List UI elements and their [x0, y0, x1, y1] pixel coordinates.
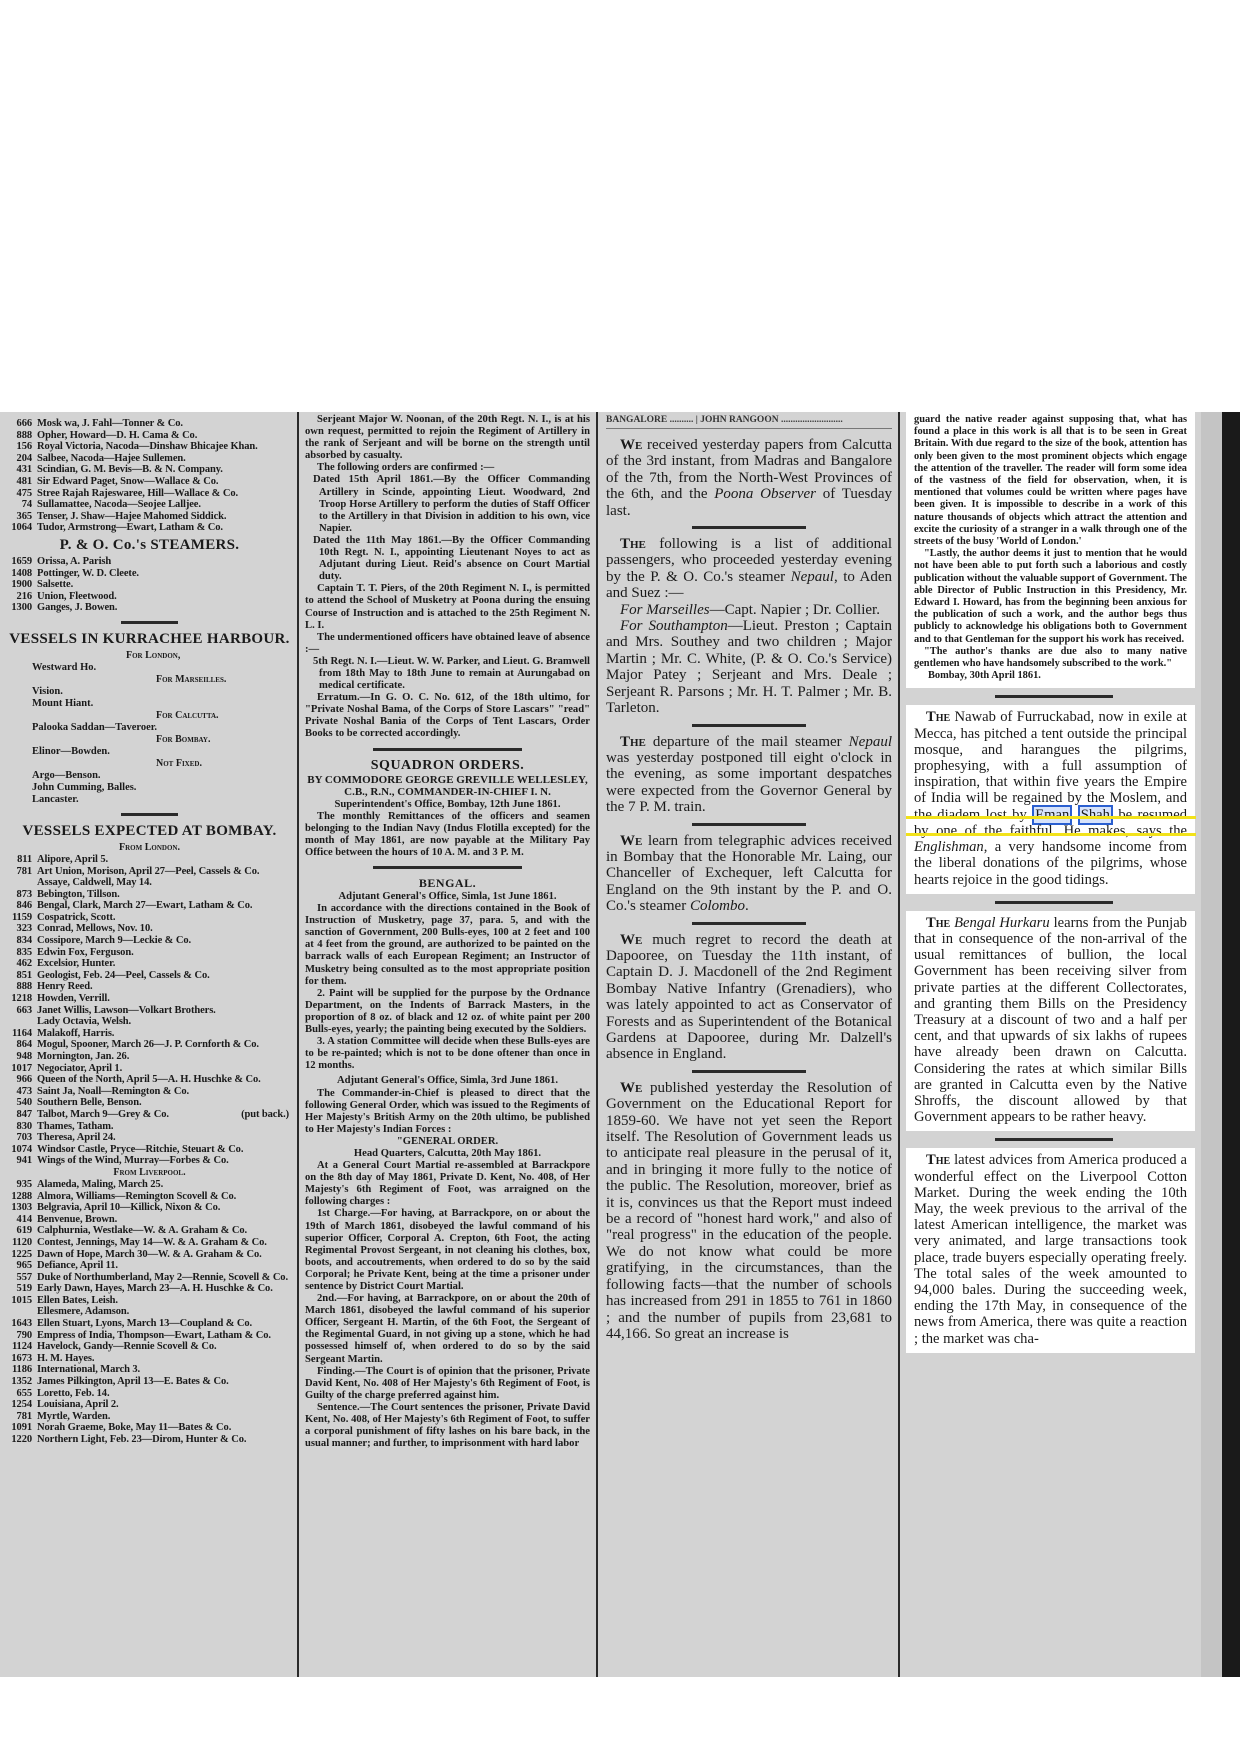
ship-entry: 1091Norah Graeme, Boke, May 11—Bates & C… [6, 1422, 293, 1434]
ship-number: 1124 [6, 1341, 32, 1353]
ship-number: 1673 [6, 1353, 32, 1365]
ship-number: 847 [6, 1109, 32, 1121]
divider [692, 1070, 806, 1073]
ship-name: Bebington, Tillson. [37, 889, 293, 901]
ship-name: Geologist, Feb. 24—Peel, Cassels & Co. [37, 970, 293, 982]
column-news: BANGALORE .......... | JOHN RANGOON ....… [596, 412, 896, 1677]
ship-number: 1254 [6, 1399, 32, 1411]
ship-number: 1300 [6, 602, 32, 614]
divider [995, 901, 1113, 904]
passengers-southampton: For Southampton—Lieut. Preston ; Captain… [606, 618, 892, 716]
general-order-title: "GENERAL ORDER. [305, 1136, 590, 1148]
order-paragraph: Captain T. T. Piers, of the 20th Regimen… [305, 583, 590, 631]
bengal-office-2: Adjutant General's Office, Simla, 3rd Ju… [305, 1075, 590, 1087]
ship-entry: 1300Ganges, J. Bowen. [6, 602, 293, 614]
ship-number: 781 [6, 866, 32, 878]
column-clippings: guard the native reader against supposin… [898, 412, 1201, 1677]
ship-number: 846 [6, 900, 32, 912]
ship-name: Ganges, J. Bowen. [37, 602, 293, 614]
ship-entry: 323Conrad, Mellows, Nov. 10. [6, 923, 293, 935]
ship-number: 1643 [6, 1318, 32, 1330]
ship-name: Alipore, April 5. [37, 854, 293, 866]
heading-po-steamers: P. & O. Co.'s STEAMERS. [6, 537, 293, 554]
ship-name: Southern Belle, Benson. [37, 1097, 293, 1109]
news-paragraph-telegraphic: We learn from telegraphic advices receiv… [606, 833, 892, 915]
ship-number: 1659 [6, 556, 32, 568]
destination-label: Not Fixed. [6, 758, 293, 770]
ship-name: Mornington, Jan. 26. [37, 1051, 293, 1063]
ship-entry: 481Sir Edward Paget, Snow—Wallace & Co. [6, 476, 293, 488]
ship-name: Louisiana, April 2. [37, 1399, 293, 1411]
ship-entry: 830Thames, Tatham. [6, 1121, 293, 1133]
ship-number: 365 [6, 511, 32, 523]
page-margin-top [0, 0, 1240, 412]
ship-name: Mogul, Spooner, March 26—J. P. Cornforth… [37, 1039, 293, 1051]
divider [373, 866, 521, 869]
ship-list-po: 1659Orissa, A. Parish1408Pottinger, W. D… [6, 556, 293, 614]
ship-entry: 1643Ellen Stuart, Lyons, March 13—Coupla… [6, 1318, 293, 1330]
order-paragraph: Serjeant Major W. Noonan, of the 20th Re… [305, 414, 590, 462]
ship-number: 1218 [6, 993, 32, 1005]
ship-name: Dawn of Hope, March 30—W. & A. Graham & … [37, 1249, 293, 1261]
review-paragraph: "The author's thanks are due also to man… [914, 646, 1187, 670]
ship-entry: 1673H. M. Hayes. [6, 1353, 293, 1365]
ship-entry: 1074Windsor Castle, Pryce—Ritchie, Steua… [6, 1144, 293, 1156]
ship-entry: Ellesmere, Adamson. [6, 1306, 293, 1318]
ship-number: 540 [6, 1097, 32, 1109]
clipping-nawab: The Nawab of Furruckabad, now in exile a… [906, 705, 1195, 893]
divider [995, 1138, 1113, 1141]
ship-name: Negociator, April 1. [37, 1063, 293, 1075]
ship-entry: 965Defiance, April 11. [6, 1260, 293, 1272]
passengers-marseilles: For Marseilles—Capt. Napier ; Dr. Collie… [606, 602, 892, 618]
column-orders: Serjeant Major W. Noonan, of the 20th Re… [297, 412, 594, 1677]
ship-entry: 1017Negociator, April 1. [6, 1063, 293, 1075]
ship-name: Myrtle, Warden. [37, 1411, 293, 1423]
general-order-paragraph: 2nd.—For having, at Barrackpore, on or a… [305, 1293, 590, 1366]
ship-number: 1164 [6, 1028, 32, 1040]
ship-entry: 873Bebington, Tillson. [6, 889, 293, 901]
squadron-office: Superintendent's Office, Bombay, 12th Ju… [305, 799, 590, 811]
ship-name: Queen of the North, April 5—A. H. Huschk… [37, 1074, 293, 1086]
ship-number: 655 [6, 1388, 32, 1400]
page-edge [1201, 412, 1222, 1677]
ship-entry: 1900Salsette. [6, 579, 293, 591]
ship-name: Royal Victoria, Nacoda—Dinshaw Bhicajee … [37, 441, 293, 453]
general-order-paragraph: 1st Charge.—For having, at Barrackpore, … [305, 1208, 590, 1293]
ship-entry: 1186International, March 3. [6, 1364, 293, 1376]
destination-label: For Marseilles. [6, 674, 293, 686]
ship-name: Loretto, Feb. 14. [37, 1388, 293, 1400]
order-paragraph: The following orders are confirmed :— [305, 462, 590, 474]
ship-entry: 811Alipore, April 5. [6, 854, 293, 866]
ship-name: Ellen Stuart, Lyons, March 13—Coupland &… [37, 1318, 293, 1330]
ship-name: Henry Reed. [37, 981, 293, 993]
ship-number: 790 [6, 1330, 32, 1342]
ship-number: 462 [6, 958, 32, 970]
ship-number: 703 [6, 1132, 32, 1144]
review-paragraph: guard the native reader against supposin… [914, 414, 1187, 548]
ship-number: 851 [6, 970, 32, 982]
ship-name: Assaye, Caldwell, May 14. [37, 877, 293, 889]
ship-name: Salbee, Nacoda—Hajee Sullemen. [37, 453, 293, 465]
ship-entry: 864Mogul, Spooner, March 26—J. P. Cornfo… [6, 1039, 293, 1051]
ship-entry: 557Duke of Northumberland, May 2—Rennie,… [6, 1272, 293, 1284]
ship-name: Sullamattee, Nacoda—Seojee Lalljee. [37, 499, 293, 511]
ship-name: Howden, Verrill. [37, 993, 293, 1005]
destination-label: For London, [6, 650, 293, 662]
ship-entry: 1064Tudor, Armstrong—Ewart, Latham & Co. [6, 522, 293, 534]
ship-name: Art Union, Morison, April 27—Peel, Casse… [37, 866, 293, 878]
ship-number: 888 [6, 430, 32, 442]
ship-name: Early Dawn, Hayes, March 23—A. H. Huschk… [37, 1283, 293, 1295]
ship-name: Union, Fleetwood. [37, 591, 293, 603]
ship-name: Bengal, Clark, March 27—Ewart, Latham & … [37, 900, 293, 912]
ship-name: Havelock, Gandy—Rennie Scovell & Co. [37, 1341, 293, 1353]
column-shipping: 666Mosk wa, J. Fahl—Tonner & Co.888Opher… [4, 412, 295, 1677]
vessel-name: Palooka Saddan—Taveroer. [6, 722, 293, 734]
ship-name: Pottinger, W. D. Cleete. [37, 568, 293, 580]
kurrachee-list: For London,Westward Ho.For Marseilles.Vi… [6, 650, 293, 806]
ship-number: 1220 [6, 1434, 32, 1446]
vessel-name: Lancaster. [6, 794, 293, 806]
ship-name: Wings of the Wind, Murray—Forbes & Co. [37, 1155, 293, 1167]
ship-entry: 1164Malakoff, Harris. [6, 1028, 293, 1040]
ship-name: Opher, Howard—D. H. Cama & Co. [37, 430, 293, 442]
ship-entry: 462Excelsior, Hunter. [6, 958, 293, 970]
divider [692, 526, 806, 529]
review-paragraph: "Lastly, the author deems it just to men… [914, 548, 1187, 646]
ship-name: Contest, Jennings, May 14—W. & A. Graham… [37, 1237, 293, 1249]
divider [692, 922, 806, 925]
ship-name: Cospatrick, Scott. [37, 912, 293, 924]
ship-number: 1303 [6, 1202, 32, 1214]
ship-number: 519 [6, 1283, 32, 1295]
ship-number: 830 [6, 1121, 32, 1133]
ship-name: Cossipore, March 9—Leckie & Co. [37, 935, 293, 947]
ship-number: 1186 [6, 1364, 32, 1376]
ship-name: Benvenue, Brown. [37, 1214, 293, 1226]
ship-entry: 781Myrtle, Warden. [6, 1411, 293, 1423]
subheading-from-london: From London. [6, 842, 293, 854]
squadron-subtitle-1: BY COMMODORE GEORGE GREVILLE WELLESLEY, [305, 774, 590, 787]
vessel-name: John Cumming, Balles. [6, 782, 293, 794]
heading-bengal: BENGAL. [305, 876, 590, 891]
clipping-book-review: guard the native reader against supposin… [906, 412, 1195, 688]
ship-number: 431 [6, 464, 32, 476]
ship-number: 1408 [6, 568, 32, 580]
news-paragraph-departure: The departure of the mail steamer Nepaul… [606, 734, 892, 816]
ship-number: 941 [6, 1155, 32, 1167]
ship-list-top: 666Mosk wa, J. Fahl—Tonner & Co.888Opher… [6, 418, 293, 534]
destination-label: For Calcutta. [6, 710, 293, 722]
ship-list-london: 811Alipore, April 5.781Art Union, Moriso… [6, 854, 293, 1167]
ship-entry: 888Henry Reed. [6, 981, 293, 993]
heading-squadron-orders: SQUADRON ORDERS. [305, 758, 590, 774]
ship-entry: 1352James Pilkington, April 13—E. Bates … [6, 1376, 293, 1388]
ship-number: 1120 [6, 1237, 32, 1249]
order-paragraph: Dated 15th April 1861.—By the Officer Co… [305, 474, 590, 534]
ship-number: 873 [6, 889, 32, 901]
ship-entry: 74Sullamattee, Nacoda—Seojee Lalljee. [6, 499, 293, 511]
ship-number: 473 [6, 1086, 32, 1098]
bengal-paragraph: In accordance with the directions contai… [305, 903, 590, 988]
ship-entry: 781Art Union, Morison, April 27—Peel, Ca… [6, 866, 293, 878]
ship-number: 414 [6, 1214, 32, 1226]
ship-number: 1017 [6, 1063, 32, 1075]
bengal-paragraph: The Commander-in-Chief is pleased to dir… [305, 1088, 590, 1136]
divider [121, 813, 178, 816]
ship-entry: 1218Howden, Verrill. [6, 993, 293, 1005]
erratum-paragraph: Erratum.—In G. O. C. No. 612, of the 18t… [305, 692, 590, 740]
ship-number: 216 [6, 591, 32, 603]
ship-number: 666 [6, 418, 32, 430]
ship-name: Calphurnia, Westlake—W. & A. Graham & Co… [37, 1225, 293, 1237]
ship-entry: 473Saint Ja, Noall—Remington & Co. [6, 1086, 293, 1098]
general-order-paragraph: At a General Court Martial re-assembled … [305, 1160, 590, 1208]
ship-entry: 1225Dawn of Hope, March 30—W. & A. Graha… [6, 1249, 293, 1261]
clipping-cotton: The latest advices from America produced… [906, 1148, 1195, 1352]
review-dateline: Bombay, 30th April 1861. [914, 670, 1187, 682]
ship-name: Mosk wa, J. Fahl—Tonner & Co. [37, 418, 293, 430]
ship-entry: 666Mosk wa, J. Fahl—Tonner & Co. [6, 418, 293, 430]
ship-name: Empress of India, Thompson—Ewart, Latham… [37, 1330, 293, 1342]
highlight-underline [906, 816, 1196, 819]
subheading-from-liverpool: From Liverpool. [6, 1167, 293, 1179]
ship-number: 475 [6, 488, 32, 500]
ship-name: Theresa, April 24. [37, 1132, 293, 1144]
ship-number: 323 [6, 923, 32, 935]
ship-list-liverpool: 935Alameda, Maling, March 25.1288Almora,… [6, 1179, 293, 1446]
ship-number: 1352 [6, 1376, 32, 1388]
ship-number: 1159 [6, 912, 32, 924]
ship-name: Northern Light, Feb. 23—Dirom, Hunter & … [37, 1434, 293, 1446]
ship-number: 935 [6, 1179, 32, 1191]
general-order-paragraph: Sentence.—The Court sentences the prison… [305, 1402, 590, 1450]
ship-name: James Pilkington, April 13—E. Bates & Co… [37, 1376, 293, 1388]
ship-name: Edwin Fox, Ferguson. [37, 947, 293, 959]
ship-number: 156 [6, 441, 32, 453]
heading-expected-bombay: VESSELS EXPECTED AT BOMBAY. [6, 823, 293, 840]
ship-note: (put back.) [241, 1109, 289, 1121]
ship-name: Belgravia, April 10—Killick, Nixon & Co. [37, 1202, 293, 1214]
ship-entry: 540Southern Belle, Benson. [6, 1097, 293, 1109]
vessel-name: Mount Hiant. [6, 698, 293, 710]
ship-number: 1074 [6, 1144, 32, 1156]
ship-number: 1288 [6, 1191, 32, 1203]
ship-number: 481 [6, 476, 32, 488]
destination-label: For Bombay. [6, 734, 293, 746]
vessel-name: Vision. [6, 686, 293, 698]
ship-name: Tenser, J. Shaw—Hajee Mahomed Siddick. [37, 511, 293, 523]
heading-kurrachee: VESSELS IN KURRACHEE HARBOUR. [6, 631, 293, 648]
news-paragraph-papers: We received yesterday papers from Calcut… [606, 437, 892, 519]
ship-name: Defiance, April 11. [37, 1260, 293, 1272]
ship-name: Duke of Northumberland, May 2—Rennie, Sc… [37, 1272, 293, 1284]
ship-name: Scindian, G. M. Bevis—B. & N. Company. [37, 464, 293, 476]
general-order-hq: Head Quarters, Calcutta, 20th May 1861. [305, 1148, 590, 1160]
ship-number: 781 [6, 1411, 32, 1423]
ship-name: Almora, Williams—Remington Scovell & Co. [37, 1191, 293, 1203]
divider [995, 695, 1113, 698]
ship-name: Norah Graeme, Boke, May 11—Bates & Co. [37, 1422, 293, 1434]
ship-number: 204 [6, 453, 32, 465]
ship-name: Salsette. [37, 579, 293, 591]
ship-number: 948 [6, 1051, 32, 1063]
scrollbar-dark-edge [1222, 412, 1240, 1677]
ship-entry: 1254Louisiana, April 2. [6, 1399, 293, 1411]
ship-name: Tudor, Armstrong—Ewart, Latham & Co. [37, 522, 293, 534]
ship-entry: 1124Havelock, Gandy—Rennie Scovell & Co. [6, 1341, 293, 1353]
squadron-subtitle-2: C.B., R.N., COMMANDER-IN-CHIEF I. N. [305, 786, 590, 799]
bengal-paragraph: 2. Paint will be supplied for the purpos… [305, 988, 590, 1036]
ship-number: 888 [6, 981, 32, 993]
news-paragraph-passengers: The following is a list of additional pa… [606, 536, 892, 602]
ship-name: Windsor Castle, Pryce—Ritchie, Steuart &… [37, 1144, 293, 1156]
ship-number: 557 [6, 1272, 32, 1284]
ship-entry: 846Bengal, Clark, March 27—Ewart, Latham… [6, 900, 293, 912]
ship-name: Conrad, Mellows, Nov. 10. [37, 923, 293, 935]
ship-name: Saint Ja, Noall—Remington & Co. [37, 1086, 293, 1098]
news-paragraph-education: We published yesterday the Resolution of… [606, 1080, 892, 1343]
bengal-office-1: Adjutant General's Office, Simla, 1st Ju… [305, 891, 590, 903]
ship-entry: 834Cossipore, March 9—Leckie & Co. [6, 935, 293, 947]
ship-entry: 1159Cospatrick, Scott. [6, 912, 293, 924]
search-highlight-term[interactable]: Eman [1032, 805, 1072, 825]
newspaper-scan: 666Mosk wa, J. Fahl—Tonner & Co.888Opher… [0, 412, 1240, 1677]
search-highlight-term[interactable]: Shah [1078, 805, 1113, 825]
ship-number: 1091 [6, 1422, 32, 1434]
divider [373, 748, 521, 751]
ship-number: 864 [6, 1039, 32, 1051]
ship-entry: 365Tenser, J. Shaw—Hajee Mahomed Siddick… [6, 511, 293, 523]
ship-entry: 1303Belgravia, April 10—Killick, Nixon &… [6, 1202, 293, 1214]
hurkaru-paragraph: The Bengal Hurkaru learns from the Punja… [914, 915, 1187, 1126]
ship-entry: 941Wings of the Wind, Murray—Forbes & Co… [6, 1155, 293, 1167]
ship-entry: 948Mornington, Jan. 26. [6, 1051, 293, 1063]
vessel-name: Westward Ho. [6, 662, 293, 674]
ship-number: 74 [6, 499, 32, 511]
column-header-strip: BANGALORE .......... | JOHN RANGOON ....… [606, 414, 892, 429]
divider [692, 724, 806, 727]
ship-entry: 847Talbot, March 9—Grey & Co.(put back.) [6, 1109, 293, 1121]
order-paragraph: The undermentioned officers have obtaine… [305, 632, 590, 656]
ship-entry: 1659Orissa, A. Parish [6, 556, 293, 568]
ship-name: Janet Willis, Lawson—Volkart Brothers. [37, 1005, 293, 1017]
ship-entry: 703Theresa, April 24. [6, 1132, 293, 1144]
ship-name: Orissa, A. Parish [37, 556, 293, 568]
lead-word: We [620, 437, 642, 453]
ship-name: Excelsior, Hunter. [37, 958, 293, 970]
ship-entry: 835Edwin Fox, Ferguson. [6, 947, 293, 959]
ship-name: Ellesmere, Adamson. [37, 1306, 293, 1318]
ship-number: 663 [6, 1005, 32, 1017]
ship-entry: 475Stree Rajah Rajeswaree, Hill—Wallace … [6, 488, 293, 500]
ship-entry: 1288Almora, Williams—Remington Scovell &… [6, 1191, 293, 1203]
order-paragraph: 5th Regt. N. I.—Lieut. W. W. Parker, and… [305, 656, 590, 692]
ship-name: Sir Edward Paget, Snow—Wallace & Co. [37, 476, 293, 488]
ship-entry: 655Loretto, Feb. 14. [6, 1388, 293, 1400]
ship-entry: 519Early Dawn, Hayes, March 23—A. H. Hus… [6, 1283, 293, 1295]
ship-entry: 888Opher, Howard—D. H. Cama & Co. [6, 430, 293, 442]
news-paragraph-death: We much regret to record the death at Da… [606, 932, 892, 1063]
divider [692, 823, 806, 826]
general-order-paragraph: Finding.—The Court is of opinion that th… [305, 1366, 590, 1402]
ship-number: 1015 [6, 1295, 32, 1307]
ship-entry: 156Royal Victoria, Nacoda—Dinshaw Bhicaj… [6, 441, 293, 453]
ship-name: Alameda, Maling, March 25. [37, 1179, 293, 1191]
vessel-name: Argo—Benson. [6, 770, 293, 782]
ship-entry: 1120Contest, Jennings, May 14—W. & A. Gr… [6, 1237, 293, 1249]
ship-entry: 204Salbee, Nacoda—Hajee Sullemen. [6, 453, 293, 465]
ship-entry: 414Benvenue, Brown. [6, 1214, 293, 1226]
ship-entry: 663Janet Willis, Lawson—Volkart Brothers… [6, 1005, 293, 1017]
ship-number: 811 [6, 854, 32, 866]
bengal-paragraph: 3. A station Committee will decide when … [305, 1036, 590, 1072]
ship-name: Thames, Tatham. [37, 1121, 293, 1133]
ship-number [6, 1016, 32, 1028]
ship-number [6, 1306, 32, 1318]
ship-number: 1900 [6, 579, 32, 591]
highlight-underline [906, 833, 1196, 836]
clipping-hurkaru: The Bengal Hurkaru learns from the Punja… [906, 911, 1195, 1132]
ship-entry: 431Scindian, G. M. Bevis—B. & N. Company… [6, 464, 293, 476]
order-paragraph: Dated the 11th May 1861.—By the Officer … [305, 535, 590, 583]
ship-name: Lady Octavia, Welsh. [37, 1016, 293, 1028]
ship-number: 835 [6, 947, 32, 959]
ship-entry: Assaye, Caldwell, May 14. [6, 877, 293, 889]
ship-number: 1225 [6, 1249, 32, 1261]
ship-number: 619 [6, 1225, 32, 1237]
vessel-name: Elinor—Bowden. [6, 746, 293, 758]
ship-entry: 966Queen of the North, April 5—A. H. Hus… [6, 1074, 293, 1086]
ship-name: Talbot, March 9—Grey & Co. [37, 1109, 241, 1121]
nawab-paragraph: The Nawab of Furruckabad, now in exile a… [914, 709, 1187, 887]
ship-number [6, 877, 32, 889]
ship-entry: 619Calphurnia, Westlake—W. & A. Graham &… [6, 1225, 293, 1237]
ship-entry: Lady Octavia, Welsh. [6, 1016, 293, 1028]
ship-number: 965 [6, 1260, 32, 1272]
ship-entry: 216Union, Fleetwood. [6, 591, 293, 603]
ship-entry: 1408Pottinger, W. D. Cleete. [6, 568, 293, 580]
cotton-paragraph: The latest advices from America produced… [914, 1152, 1187, 1346]
ship-number: 834 [6, 935, 32, 947]
ship-entry: 851Geologist, Feb. 24—Peel, Cassels & Co… [6, 970, 293, 982]
ship-number: 1064 [6, 522, 32, 534]
ship-entry: 790Empress of India, Thompson—Ewart, Lat… [6, 1330, 293, 1342]
ship-entry: 935Alameda, Maling, March 25. [6, 1179, 293, 1191]
ship-name: Stree Rajah Rajeswaree, Hill—Wallace & C… [37, 488, 293, 500]
squadron-body: The monthly Remittances of the officers … [305, 811, 590, 859]
divider [121, 621, 178, 624]
ship-name: Malakoff, Harris. [37, 1028, 293, 1040]
ship-name: International, March 3. [37, 1364, 293, 1376]
ship-name: Ellen Bates, Leish. [37, 1295, 293, 1307]
ship-entry: 1015Ellen Bates, Leish. [6, 1295, 293, 1307]
ship-number: 966 [6, 1074, 32, 1086]
ship-name: H. M. Hayes. [37, 1353, 293, 1365]
ship-entry: 1220Northern Light, Feb. 23—Dirom, Hunte… [6, 1434, 293, 1446]
